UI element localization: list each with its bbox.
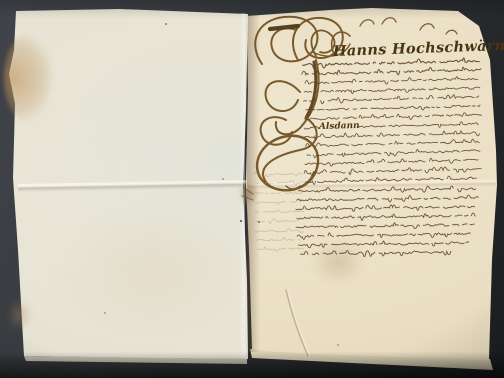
foxing-speck xyxy=(240,220,242,222)
stain xyxy=(310,238,366,286)
crease-knot xyxy=(238,180,258,206)
stain xyxy=(6,298,34,332)
foxing-speck xyxy=(165,23,167,25)
foxing-speck xyxy=(337,344,339,346)
foxing-speck xyxy=(222,178,224,180)
stain xyxy=(58,212,248,337)
manuscript-photo: Hanns Hochschwärner, Alsdann xyxy=(0,0,504,378)
foxing-speck xyxy=(258,221,260,223)
stain xyxy=(4,34,52,122)
foxing-speck xyxy=(104,312,106,314)
